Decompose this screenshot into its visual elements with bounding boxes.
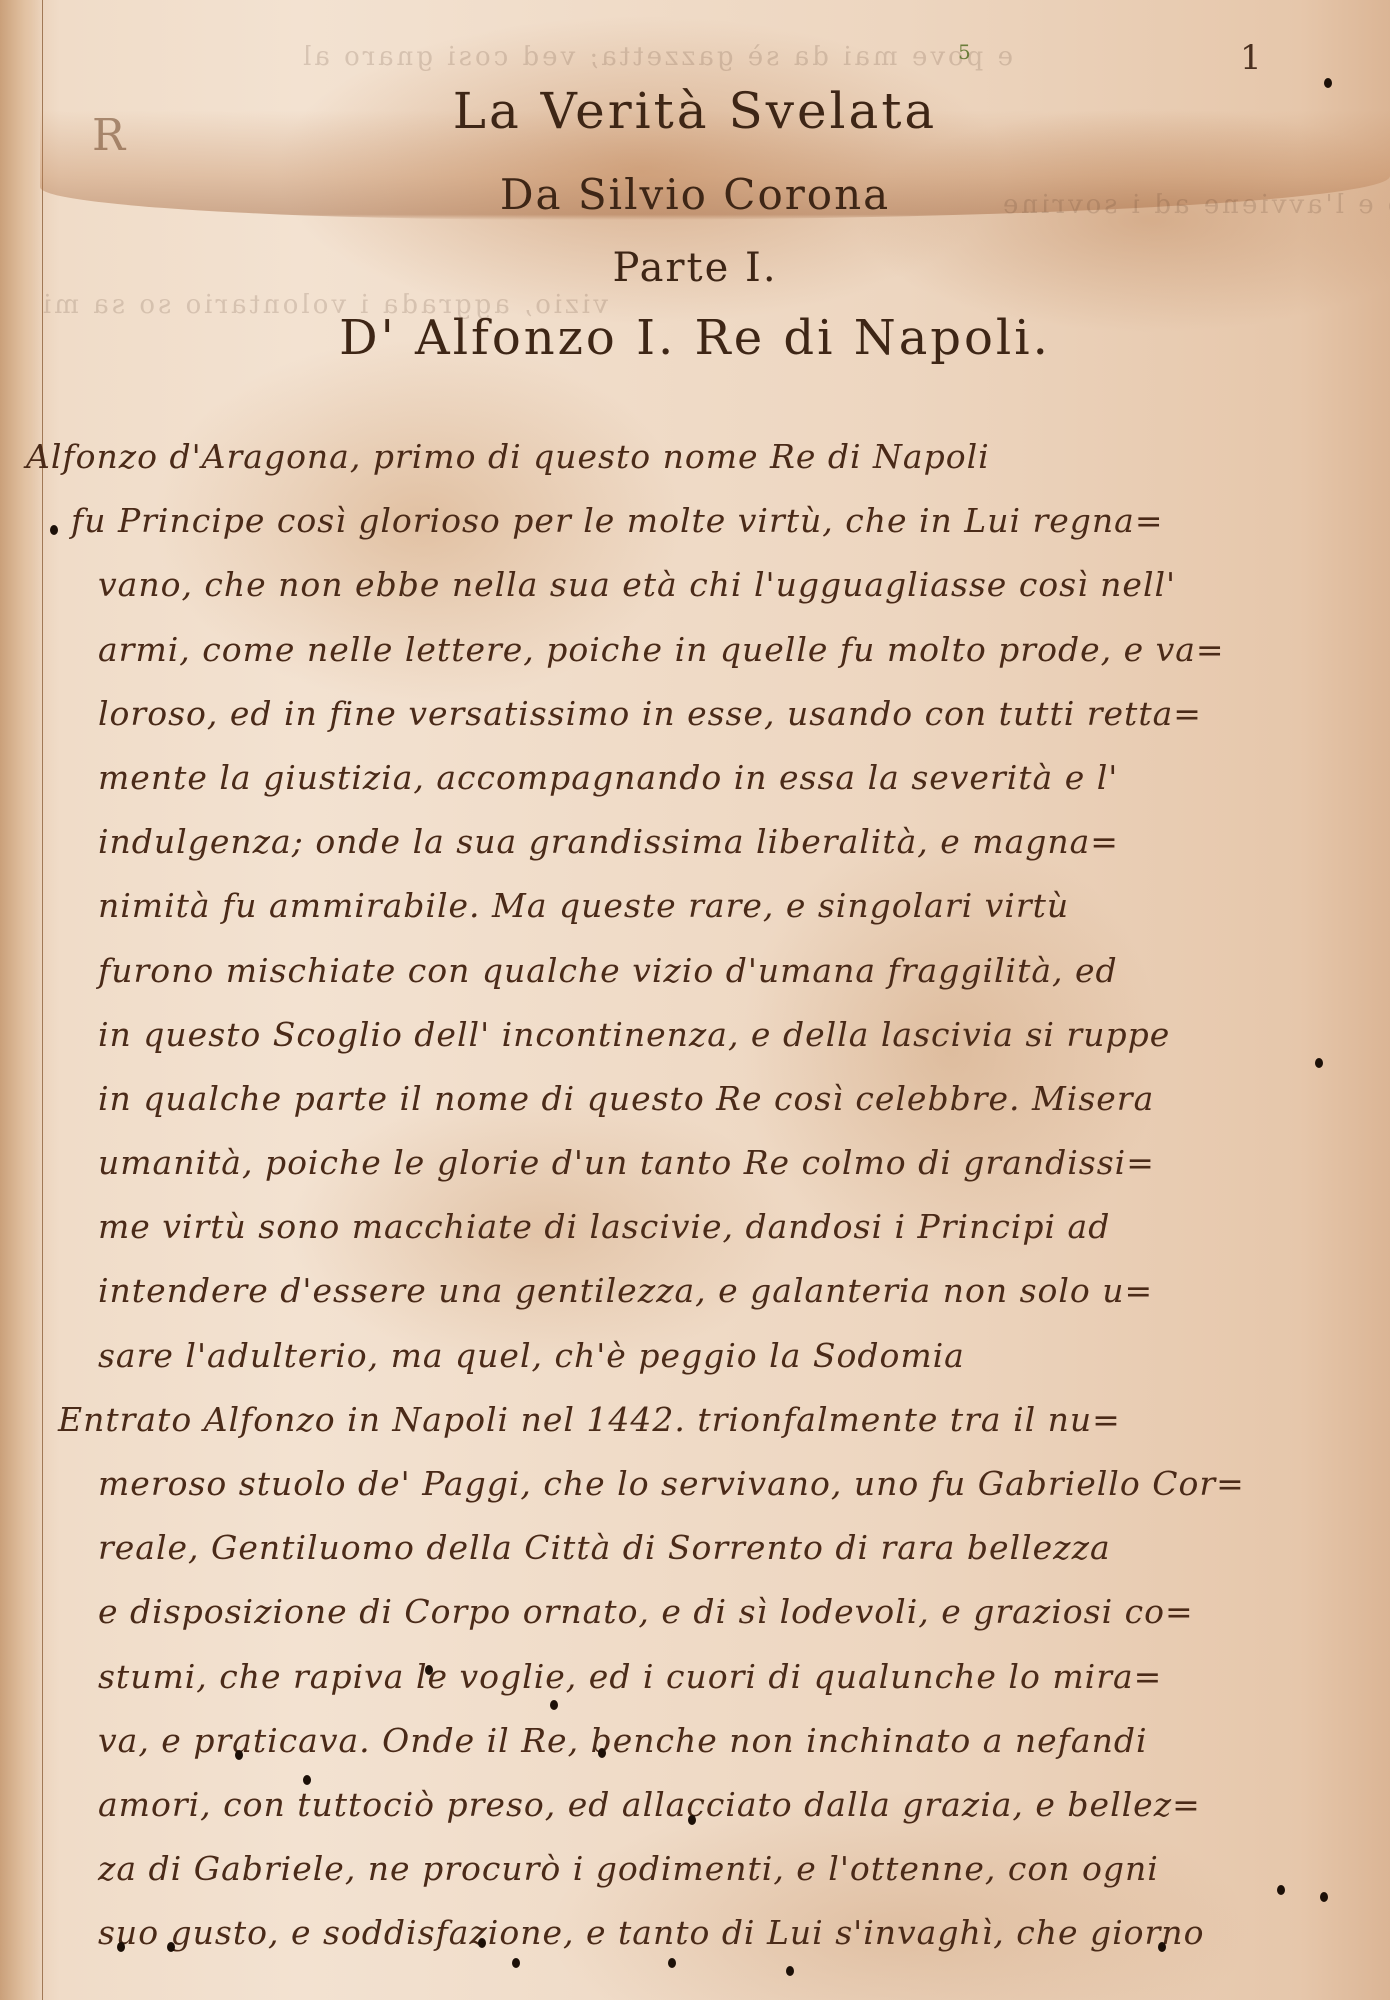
bleed-through-text: e pove mai da sè gazzetta; ved cosi gnar… [300, 42, 1013, 72]
text-line: in qualche parte il nome di questo Re co… [26, 1067, 1326, 1131]
text-line: sare l'adulterio, ma quel, ch'è peggio l… [26, 1324, 1326, 1388]
text-line: furono mischiate con qualche vizio d'uma… [26, 939, 1326, 1003]
page-number: 1 [1240, 38, 1262, 78]
folio-mark: 5 [958, 40, 971, 64]
wormhole-dot [117, 1942, 125, 1952]
wormhole-dot [688, 1815, 696, 1825]
text-line: me virtù sono macchiate di lascivie, dan… [26, 1195, 1326, 1259]
text-line: mente la giustizia, accompagnando in ess… [26, 746, 1326, 810]
wormhole-dot [303, 1775, 311, 1785]
text-line: umanità, poiche le glorie d'un tanto Re … [26, 1131, 1326, 1195]
wormhole-dot [598, 1748, 606, 1758]
text-line: nimità fu ammirabile. Ma queste rare, e … [26, 874, 1326, 938]
wormhole-dot [1158, 1942, 1166, 1952]
text-line: indulgenza; onde la sua grandissima libe… [26, 810, 1326, 874]
chapter-heading: D' Alfonzo I. Re di Napoli. [0, 310, 1390, 366]
text-line: loroso, ed in fine versatissimo in esse,… [26, 682, 1326, 746]
wormhole-dot [1315, 1058, 1323, 1068]
text-line: meroso stuolo de' Paggi, che lo servivan… [26, 1452, 1326, 1516]
manuscript-body: Alfonzo d'Aragona, primo di questo nome … [26, 425, 1326, 1966]
wormhole-dot [167, 1942, 175, 1952]
text-line: amori, con tuttociò preso, ed allacciato… [26, 1773, 1326, 1837]
text-line: va, e praticava. Onde il Re, benche non … [26, 1709, 1326, 1773]
text-line: intendere d'essere una gentilezza, e gal… [26, 1259, 1326, 1323]
title-author: Da Silvio Corona [0, 170, 1390, 219]
wormhole-dot [1320, 1892, 1328, 1902]
title-line-1: La Verità Svelata [0, 82, 1390, 140]
wormhole-dot [1324, 78, 1332, 88]
wormhole-dot [668, 1958, 676, 1968]
text-line: in questo Scoglio dell' incontinenza, e … [26, 1003, 1326, 1067]
wormhole-dot [478, 1938, 486, 1948]
text-line: fu Principe così glorioso per le molte v… [26, 489, 1326, 553]
wormhole-dot [786, 1966, 794, 1976]
text-line: stumi, che rapiva le voglie, ed i cuori … [26, 1645, 1326, 1709]
text-line: suo gusto, e soddisfazione, e tanto di L… [26, 1901, 1326, 1965]
text-line: armi, come nelle lettere, poiche in quel… [26, 618, 1326, 682]
manuscript-page: e pove mai da sè gazzetta; ved cosi gnar… [0, 0, 1390, 2000]
wormhole-dot [550, 1700, 558, 1710]
title-part: Parte I. [0, 245, 1390, 291]
wormhole-dot [1277, 1885, 1285, 1895]
text-line: Entrato Alfonzo in Napoli nel 1442. trio… [26, 1388, 1326, 1452]
wormhole-dot [50, 525, 58, 535]
text-line: vano, che non ebbe nella sua età chi l'u… [26, 553, 1326, 617]
text-line: Alfonzo d'Aragona, primo di questo nome … [26, 425, 1326, 489]
text-line: za di Gabriele, ne procurò i godimenti, … [26, 1837, 1326, 1901]
text-line: reale, Gentiluomo della Città di Sorrent… [26, 1516, 1326, 1580]
text-line: e disposizione di Corpo ornato, e di sì … [26, 1580, 1326, 1644]
wormhole-dot [235, 1750, 243, 1760]
wormhole-dot [512, 1958, 520, 1968]
wormhole-dot [425, 1665, 433, 1675]
